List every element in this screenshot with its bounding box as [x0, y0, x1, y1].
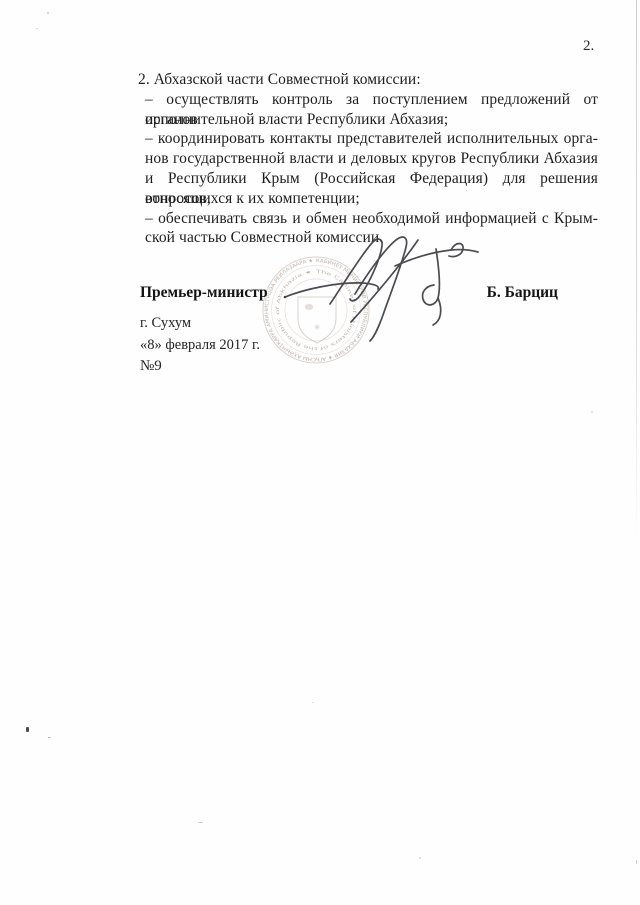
document-place: г. Сухум [140, 315, 191, 332]
body-text: 2. Абхазской части Совместной комиссии: … [138, 70, 598, 248]
scan-speck [48, 737, 51, 738]
scan-speck [591, 411, 593, 413]
scan-speck [636, 860, 637, 864]
page-number: 2. [583, 38, 594, 55]
scan-speck [312, 702, 314, 703]
scan-speck [198, 822, 203, 823]
body-line: 2. Абхазской части Совместной комиссии: [138, 70, 598, 90]
signature-ink [275, 230, 485, 350]
body-line: нов государственной власти и деловых кру… [145, 149, 598, 169]
scan-speck [26, 727, 29, 732]
scan-edge-line [636, 0, 637, 540]
signer-name: Б. Барциц [487, 284, 558, 302]
body-line: – осуществлять контроль за поступлением … [145, 90, 598, 110]
signer-role: Премьер-министр [140, 284, 268, 302]
body-line: исполнительной власти Республики Абхазия… [145, 110, 598, 130]
body-line: и Республики Крым (Российская Федерация)… [145, 169, 598, 189]
body-line: относящихся к их компетенции; [145, 189, 598, 209]
scan-speck [36, 28, 38, 29]
scan-speck [47, 12, 49, 14]
scan-speck [419, 857, 421, 859]
document-number: №9 [140, 358, 162, 375]
document-date: «8» февраля 2017 г. [140, 337, 260, 354]
body-line: – координировать контакты представителей… [145, 129, 598, 149]
document-page: 2. 2. Абхазской части Совместной комисси… [0, 0, 640, 905]
body-line: – обеспечивать связь и обмен необходимой… [145, 209, 598, 229]
